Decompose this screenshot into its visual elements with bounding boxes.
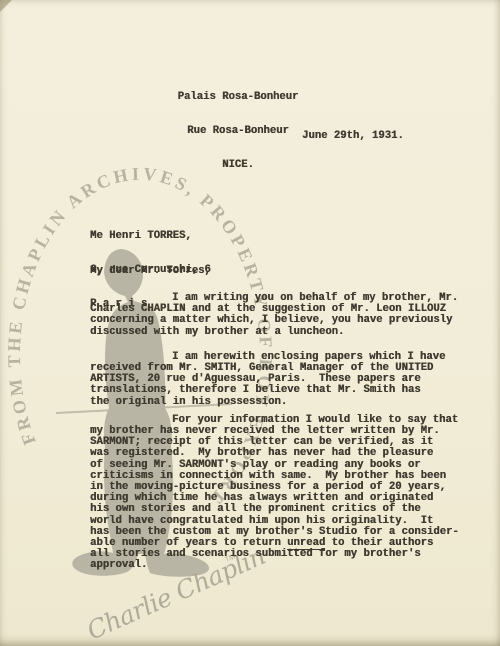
text-segment: discussed with my brother at a luncheon. [90,326,344,338]
text-segment: has been the custom at my brother's Stud… [90,526,459,538]
letter-line: approval. [90,560,475,571]
letterhead-line: NICE. [88,160,388,171]
text-segment: world have congratulated him upon his or… [90,515,433,527]
text-segment: all stories and scenarios submitted for … [90,548,421,560]
text-segment: was registered. My brother has never had… [90,447,433,459]
text-segment: during which time he has always written … [90,492,433,504]
paragraph-3: For your information I would like to say… [90,415,475,572]
text-segment: translations, therefore I believe that M… [90,384,421,396]
text-segment: his own stories and all the prominent cr… [90,503,421,515]
paragraph-1: I am writing you on behalf of my brother… [90,293,475,338]
text-segment: concerning a matter which, I believe, yo… [90,314,452,326]
text-segment: SARMONT; receipt of this letter can be v… [90,436,433,448]
paragraph-2: I am herewith enclosing papers which I h… [90,352,475,408]
letter-line: discussed with my brother at a luncheon. [90,327,475,338]
text-segment: of seeing Mr. SARMONT's play or reading … [90,459,421,471]
text-segment: I am herewith enclosing papers which I h… [172,351,445,363]
salutation: My dear Mr. Torres, [90,266,211,277]
text-segment: criticisms in connection with same. My b… [90,470,446,482]
text-segment: able number of years to return [90,537,287,549]
text-segment: my brother has never received the letter… [90,425,440,437]
letter-body: I am writing you on behalf of my brother… [90,293,475,572]
text-segment: the original in his possession. [90,396,287,408]
text-segment: I am writing you on behalf of my brother… [172,292,458,304]
text-segment: Charles CHAPLIN and at the suggestion of… [90,303,446,315]
text-segment: approval. [90,559,147,571]
letter-line: the original in his possession. [90,397,475,408]
scanned-letter-page: FROM THE CHAPLIN ARCHIVES, PROPERTY OF R… [0,0,500,646]
recipient-line: Me Henri TORRES, [90,231,211,242]
letterhead-line: Palais Rosa-Bonheur [88,92,388,103]
typed-letter-text: Palais Rosa-Bonheur Rue Rosa-Bonheur NIC… [0,0,500,646]
text-segment: to their authors [325,537,433,549]
paper-corner-shade [0,0,12,12]
text-segment: in the moving-picture business for a per… [90,481,446,493]
text-segment: For your information I would like to say… [172,414,458,426]
text-segment: ARTISTS, 20 rue d'Aguessau, Paris. These… [90,373,421,385]
date-line: June 29th, 1931. [302,131,404,142]
letter-line: all stories and scenarios submitted for … [90,549,475,560]
text-segment: received from Mr. SMITH, General Manager… [90,362,433,374]
